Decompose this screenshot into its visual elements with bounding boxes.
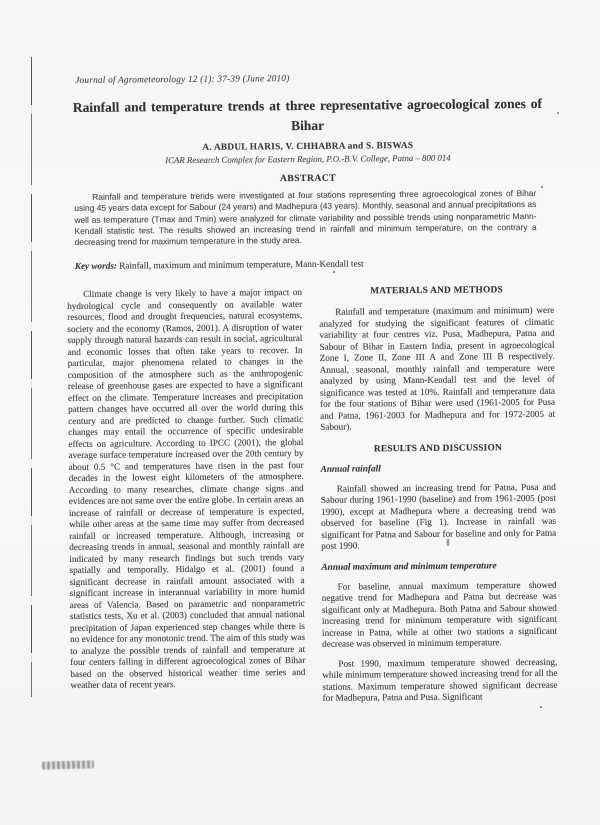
- annual-temperature-paragraph-1: For baseline, annual maximum temperature…: [322, 579, 558, 650]
- annual-rainfall-paragraph: Rainfall showed an increasing trend for …: [321, 481, 557, 552]
- annual-temperature-subheading: Annual maximum and minimum temperature: [321, 560, 556, 572]
- left-column: Climate change is very likely to have a …: [67, 287, 306, 715]
- abstract-text: Rainfall and temperature trends were inv…: [74, 188, 536, 249]
- page-content: Journal of Agrometeorology 12 (1): 37-39…: [0, 0, 600, 825]
- results-discussion-heading: RESULTS AND DISCUSSION: [320, 442, 555, 454]
- right-column: MATERIALS AND METHODS Rainfall and tempe…: [319, 285, 558, 713]
- journal-citation-header: Journal of Agrometeorology 12 (1): 37-39…: [75, 74, 289, 86]
- paper-title: Rainfall and temperature trends at three…: [52, 94, 562, 138]
- scanned-journal-page: Journal of Agrometeorology 12 (1): 37-39…: [0, 0, 600, 825]
- keywords-line: Key words: Rainfall, maximum and minimum…: [75, 257, 537, 271]
- keywords-text: Rainfall, maximum and minimum temperatur…: [117, 258, 364, 270]
- materials-methods-heading: MATERIALS AND METHODS: [319, 285, 554, 297]
- abstract-heading: ABSTRACT: [68, 171, 548, 186]
- two-column-body: Climate change is very likely to have a …: [67, 285, 558, 715]
- annual-temperature-paragraph-2: Post 1990, maximum temperature showed de…: [322, 656, 557, 704]
- keywords-label: Key words:: [75, 261, 117, 271]
- affiliation-line: ICAR Research Complex for Eastern Region…: [68, 152, 548, 166]
- annual-rainfall-subheading: Annual rainfall: [321, 462, 556, 474]
- materials-methods-paragraph: Rainfall and temperature (maximum and mi…: [319, 305, 555, 434]
- introduction-paragraph: Climate change is very likely to have a …: [67, 287, 306, 692]
